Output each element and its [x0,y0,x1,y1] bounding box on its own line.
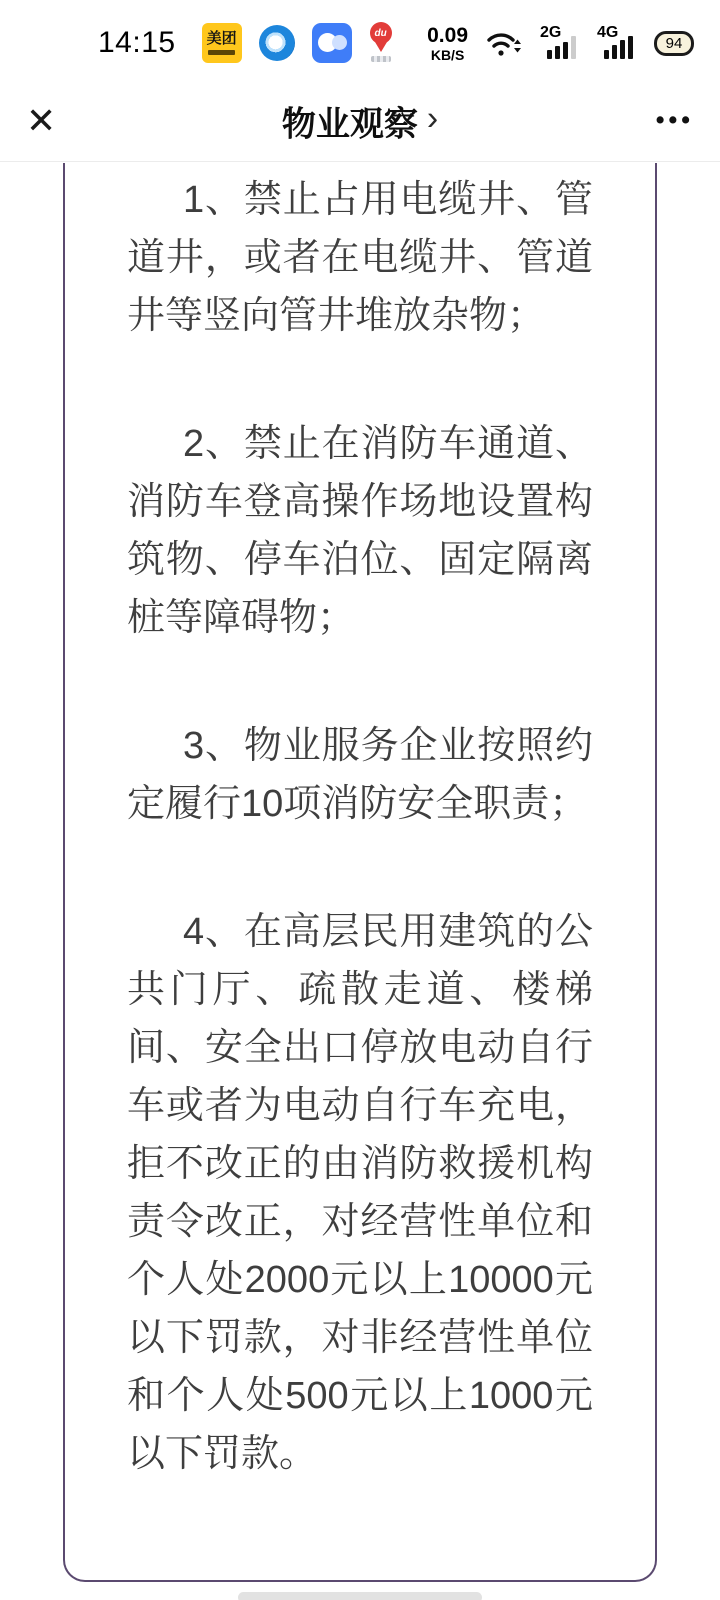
paragraph-4: 4、在高层民用建筑的公共门厅、疏散走道、楼梯间、安全出口停放电动自行车或者为电动… [127,903,593,1483]
meituan-label: 美团 [207,31,237,46]
network-speed-unit: KB/S [431,48,464,62]
article-area: 1、禁止占用电缆井、管道井，或者在电缆井、管道井等竖向管井堆放杂物； 2、禁止在… [0,163,720,1600]
navigation-bar: ✕ 物业观察 › ••• [0,80,720,162]
wifi-icon [483,26,525,60]
phone-screen: 14:15 美团 du 0.09 KB/S [0,0,720,1600]
paragraph-2: 2、禁止在消防车通道、消防车登高操作场地设置构筑物、停车泊位、固定隔离桩等障碍物… [127,415,593,647]
chevron-right-icon: › [427,102,438,140]
article-border-box: 1、禁止占用电缆井、管道井，或者在电缆井、管道井等竖向管井堆放杂物； 2、禁止在… [63,163,657,1582]
gesture-bar[interactable] [238,1592,482,1600]
network-speed-value: 0.09 [427,25,468,46]
notification-icons: 美团 du [202,22,393,64]
paragraph-3: 3、物业服务企业按照约定履行10项消防安全职责； [127,717,593,833]
more-menu-icon[interactable]: ••• [656,106,694,135]
battery-level: 94 [666,35,683,52]
pin-label: du [370,22,392,44]
close-icon[interactable]: ✕ [26,103,56,139]
clock: 14:15 [98,26,176,60]
cloud-app-icon [312,23,352,63]
status-bar: 14:15 美团 du 0.09 KB/S [0,0,720,80]
meituan-app-icon: 美团 [202,23,242,63]
blue-ring-app-icon [259,25,295,61]
sim2-signal-icon: 4G [597,24,639,62]
baidu-maps-pin-icon: du [369,22,393,64]
battery-icon: 94 [654,31,694,56]
network-speed: 0.09 KB/S [427,25,468,62]
sim1-signal-icon: 2G [540,24,582,62]
page-title[interactable]: 物业观察 › [282,96,438,145]
status-bar-left: 14:15 美团 du [98,22,393,64]
page-title-text: 物业观察 [282,96,418,145]
status-bar-right: 0.09 KB/S 2G [427,24,694,62]
paragraph-1: 1、禁止占用电缆井、管道井，或者在电缆井、管道井等竖向管井堆放杂物； [127,171,593,345]
